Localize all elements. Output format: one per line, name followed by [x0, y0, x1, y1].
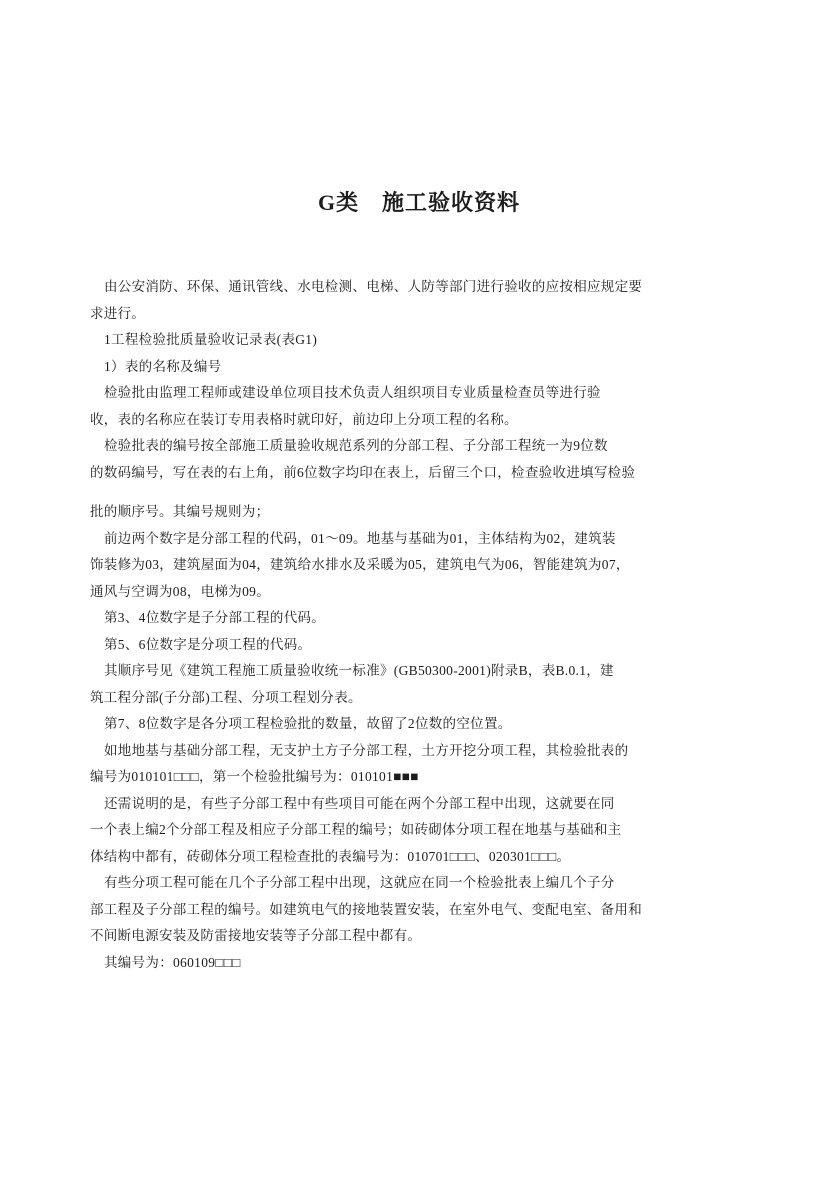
text-line: 部工程及子分部工程的编号。如建筑电气的接地装置安装，在室外电气、变配电室、备用和 — [90, 897, 770, 924]
text-line: 1工程检验批质量验收记录表(表G1) — [90, 327, 770, 354]
text-line: 通风与空调为08，电梯为09。 — [90, 579, 770, 606]
text-line: 其编号为：060109□□□ — [90, 950, 770, 977]
text-line: 的数码编号，写在表的右上角，前6位数字均印在表上，后留三个口，检查验收进填写检验 — [90, 460, 770, 487]
text-line: 如地地基与基础分部工程，无支护土方子分部工程，土方开挖分项工程，其检验批表的 — [90, 738, 770, 765]
text-line: 筑工程分部(子分部)工程、分项工程划分表。 — [90, 685, 770, 712]
text-line: 编号为010101□□□，第一个检验批编号为：010101■■■ — [90, 764, 770, 791]
text-line: 一个表上编2个分部工程及相应子分部工程的编号；如砖砌体分项工程在地基与基础和主 — [90, 817, 770, 844]
document-title: G类 施工验收资料 — [0, 188, 838, 218]
text-line: 饰装修为03，建筑屋面为04，建筑给水排水及采暖为05，建筑电气为06，智能建筑… — [90, 552, 770, 579]
text-line: 体结构中都有，砖砌体分项工程检查批的表编号为：010701□□□、020301□… — [90, 844, 770, 871]
text-line: 前边两个数字是分部工程的代码，01～09。地基与基础为01，主体结构为02，建筑… — [90, 526, 770, 553]
text-line: 1）表的名称及编号 — [90, 354, 770, 381]
document-body: 由公安消防、环保、通讯管线、水电检测、电梯、人防等部门进行验收的应按相应规定要 … — [90, 274, 770, 976]
text-line: 第3、4位数字是子分部工程的代码。 — [90, 605, 770, 632]
text-line: 检验批表的编号按全部施工质量验收规范系列的分部工程、子分部工程统一为9位数 — [90, 433, 770, 460]
text-line: 有些分项工程可能在几个子分部工程中出现，这就应在同一个检验批表上编几个子分 — [90, 870, 770, 897]
text-line: 求进行。 — [90, 301, 770, 328]
text-line: 第5、6位数字是分项工程的代码。 — [90, 632, 770, 659]
text-line: 由公安消防、环保、通讯管线、水电检测、电梯、人防等部门进行验收的应按相应规定要 — [90, 274, 770, 301]
text-line: 批的顺序号。其编号规则为； — [90, 499, 770, 526]
text-line: 其顺序号见《建筑工程施工质量验收统一标准》(GB50300-2001)附录B，表… — [90, 658, 770, 685]
document-page: G类 施工验收资料 由公安消防、环保、通讯管线、水电检测、电梯、人防等部门进行验… — [0, 0, 838, 1186]
text-line: 不间断电源安装及防雷接地安装等子分部工程中都有。 — [90, 923, 770, 950]
text-line: 检验批由监理工程师或建设单位项目技术负责人组织项目专业质量检查员等进行验 — [90, 380, 770, 407]
text-line: 还需说明的是，有些子分部工程中有些项目可能在两个分部工程中出现，这就要在同 — [90, 791, 770, 818]
text-line: 收，表的名称应在装订专用表格时就印好，前边印上分项工程的名称。 — [90, 407, 770, 434]
text-line: 第7、8位数字是各分项工程检验批的数量，故留了2位数的空位置。 — [90, 711, 770, 738]
